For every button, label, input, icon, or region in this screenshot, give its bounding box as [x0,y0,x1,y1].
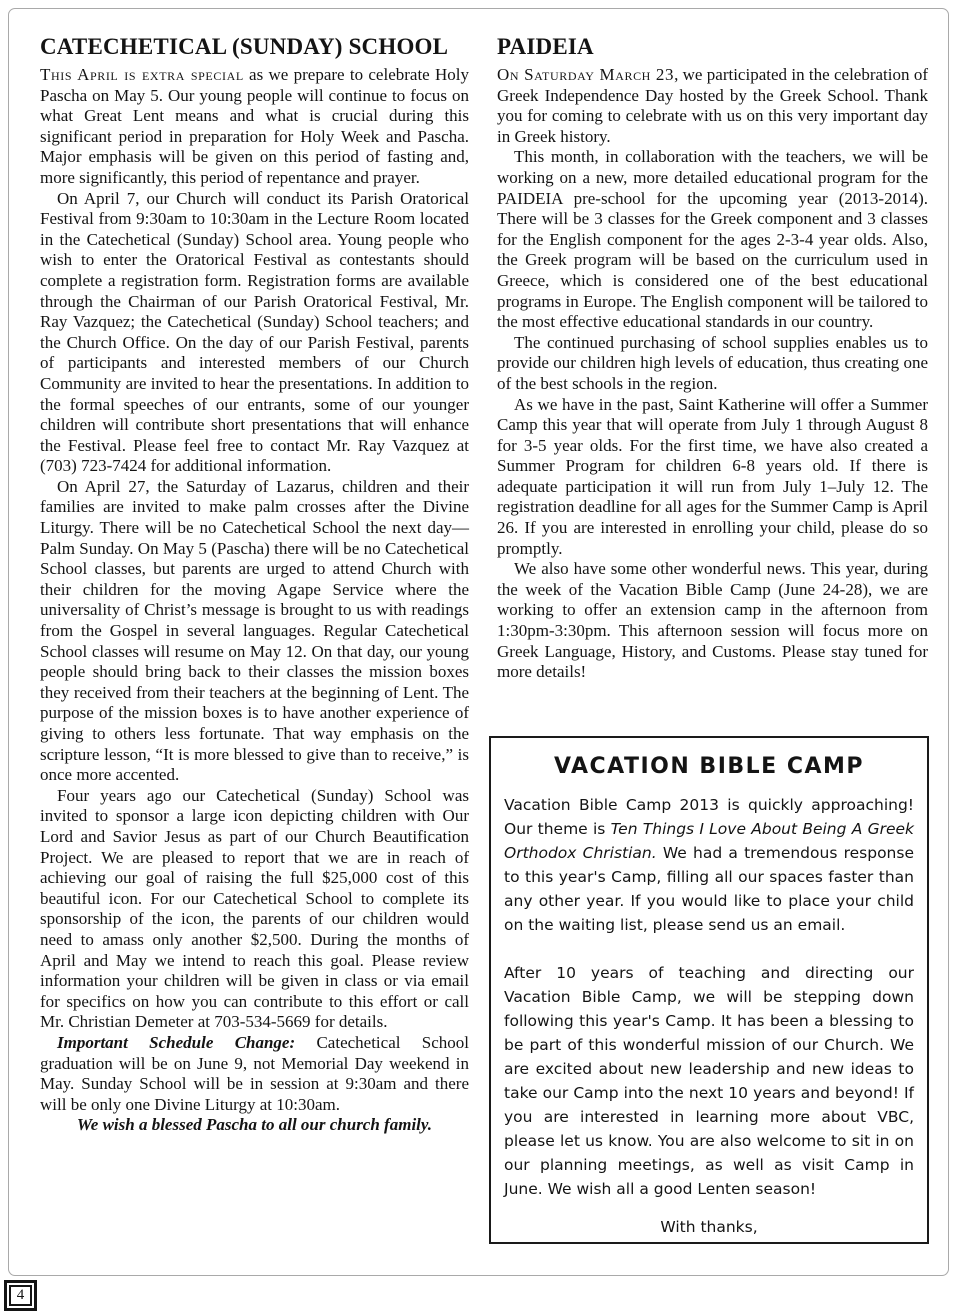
paideia-paragraph-4: As we have in the past, Saint Katherine … [497,395,928,560]
vacation-bible-camp-box: VACATION BIBLE CAMP Vacation Bible Camp … [489,736,929,1244]
catechetical-paragraph-1: This April is extra special as we prepar… [40,65,469,189]
vbc-signoff-line-1: With thanks, [504,1215,914,1240]
vbc-signoff-line-2: Christina Vazquez (czvmail@aol.com) and [504,1240,914,1245]
schedule-change-lead: Important Schedule Change: [57,1033,295,1052]
paideia-smallcaps-lead: On Saturday March 23 [497,65,674,84]
vbc-title: VACATION BIBLE CAMP [504,754,914,779]
paideia-section: PAIDEIA On Saturday March 23, we partici… [497,34,928,683]
paideia-paragraph-1: On Saturday March 23, we participated in… [497,65,928,147]
paideia-paragraph-3: The continued purchasing of school suppl… [497,333,928,395]
paideia-heading: PAIDEIA [497,34,928,60]
newsletter-page: { "page_number": "4", "sections": { "cat… [0,0,960,1314]
catechetical-paragraph-4: Four years ago our Catechetical (Sunday)… [40,786,469,1033]
catechetical-heading: CATECHETICAL (SUNDAY) SCHOOL [40,34,469,60]
page-number: 4 [9,1285,32,1306]
catechetical-section: CATECHETICAL (SUNDAY) SCHOOL This April … [40,34,469,1136]
paideia-paragraph-5: We also have some other wonderful news. … [497,559,928,683]
catechetical-closing-line: We wish a blessed Pascha to all our chur… [40,1115,469,1136]
catechetical-paragraph-2: On April 7, our Church will conduct its … [40,189,469,477]
page-number-box: 4 [4,1280,37,1311]
vbc-paragraph-2: After 10 years of teaching and directing… [504,961,914,1201]
catechetical-paragraph-3: On April 27, the Saturday of Lazarus, ch… [40,477,469,786]
catechetical-paragraph-5: Important Schedule Change: Catechetical … [40,1033,469,1115]
vbc-paragraph-1: Vacation Bible Camp 2013 is quickly appr… [504,793,914,937]
paideia-paragraph-2: This month, in collaboration with the te… [497,147,928,332]
catechetical-smallcaps-lead: This April is extra special [40,65,244,84]
vbc-signoff: With thanks, Christina Vazquez (czvmail@… [504,1215,914,1244]
